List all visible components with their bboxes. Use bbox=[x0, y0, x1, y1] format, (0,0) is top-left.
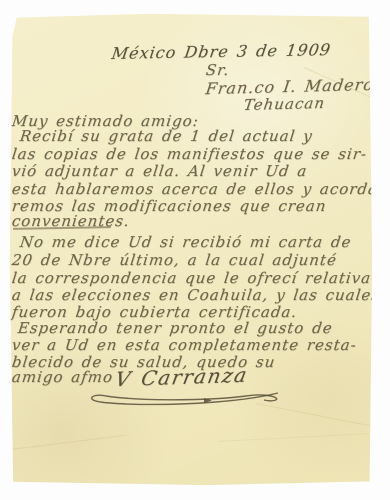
place-date-line: México Dbre 3 de 1909 bbox=[110, 40, 332, 63]
letter-line: No me dice Ud si recibió mi carta de bbox=[19, 233, 353, 251]
letter-line: esta hablaremos acerca de ellos y acorda… bbox=[11, 180, 385, 198]
letter-paper: México Dbre 3 de 1909 Sr. Fran.co I. Mad… bbox=[8, 11, 374, 488]
letter-line: Recibí su grata de 1 del actual y bbox=[19, 127, 314, 145]
letter-line: 20 de Nbre último, a la cual adjunté bbox=[11, 251, 338, 269]
letter-line: la correspondencia que le ofrecí relativ… bbox=[11, 269, 372, 287]
letter-scan: México Dbre 3 de 1909 Sr. Fran.co I. Mad… bbox=[0, 0, 390, 500]
letter-line: Esperando tener pronto el gusto de bbox=[17, 319, 334, 337]
addressee-city: Tehuacan bbox=[243, 94, 327, 114]
letter-line: a las elecciones en Coahuila, y las cual… bbox=[11, 286, 381, 304]
letter-line: vió adjuntar a ella. Al venir Ud a bbox=[11, 162, 308, 180]
letter-line: amigo afmo bbox=[11, 368, 114, 386]
addressee-prefix: Sr. bbox=[205, 61, 231, 79]
paper-crease bbox=[218, 433, 368, 442]
signature-flourish bbox=[86, 387, 286, 413]
letter-line: ver a Ud en esta completamente resta- bbox=[11, 336, 358, 354]
paper-crease bbox=[10, 435, 127, 450]
letter-line: las copias de los manifiestos que se sir… bbox=[11, 145, 368, 163]
